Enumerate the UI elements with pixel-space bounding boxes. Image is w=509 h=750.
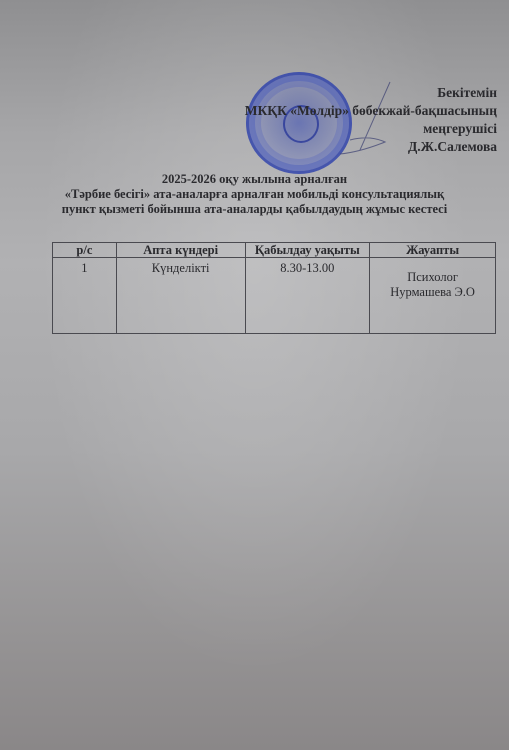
approval-organization: МКҚК «Мөлдір» бөбекжай-бақшасының [245, 102, 497, 120]
cell-week-days: Күнделікті [116, 258, 245, 334]
document-title: 2025-2026 оқу жылына арналған «Тәрбие бе… [0, 172, 509, 217]
title-line-2: «Тәрбие бесігі» ата-аналарға арналған мо… [0, 187, 509, 202]
approval-position: меңгерушісі [245, 120, 497, 138]
title-line-3: пункт қызметі бойынша ата-аналарды қабыл… [0, 202, 509, 217]
schedule-table: р/с Апта күндері Қабылдау уақыты Жауапты… [52, 242, 496, 334]
cell-reception-time: 8.30-13.00 [245, 258, 370, 334]
header-week-days: Апта күндері [116, 243, 245, 258]
approval-name: Д.Ж.Салемова [245, 138, 497, 156]
header-number: р/с [53, 243, 117, 258]
table-header-row: р/с Апта күндері Қабылдау уақыты Жауапты [53, 243, 496, 258]
responsible-name: Нурмашева Э.О [371, 285, 494, 300]
table-row: 1 Күнделікті 8.30-13.00 Психолог Нурмаше… [53, 258, 496, 334]
cell-number: 1 [53, 258, 117, 334]
responsible-role: Психолог [371, 270, 494, 285]
cell-responsible: Психолог Нурмашева Э.О [370, 258, 496, 334]
header-reception-time: Қабылдау уақыты [245, 243, 370, 258]
approval-block: Бекітемін МКҚК «Мөлдір» бөбекжай-бақшасы… [245, 84, 497, 156]
header-responsible: Жауапты [370, 243, 496, 258]
approval-heading: Бекітемін [245, 84, 497, 102]
title-line-1: 2025-2026 оқу жылына арналған [0, 172, 509, 187]
